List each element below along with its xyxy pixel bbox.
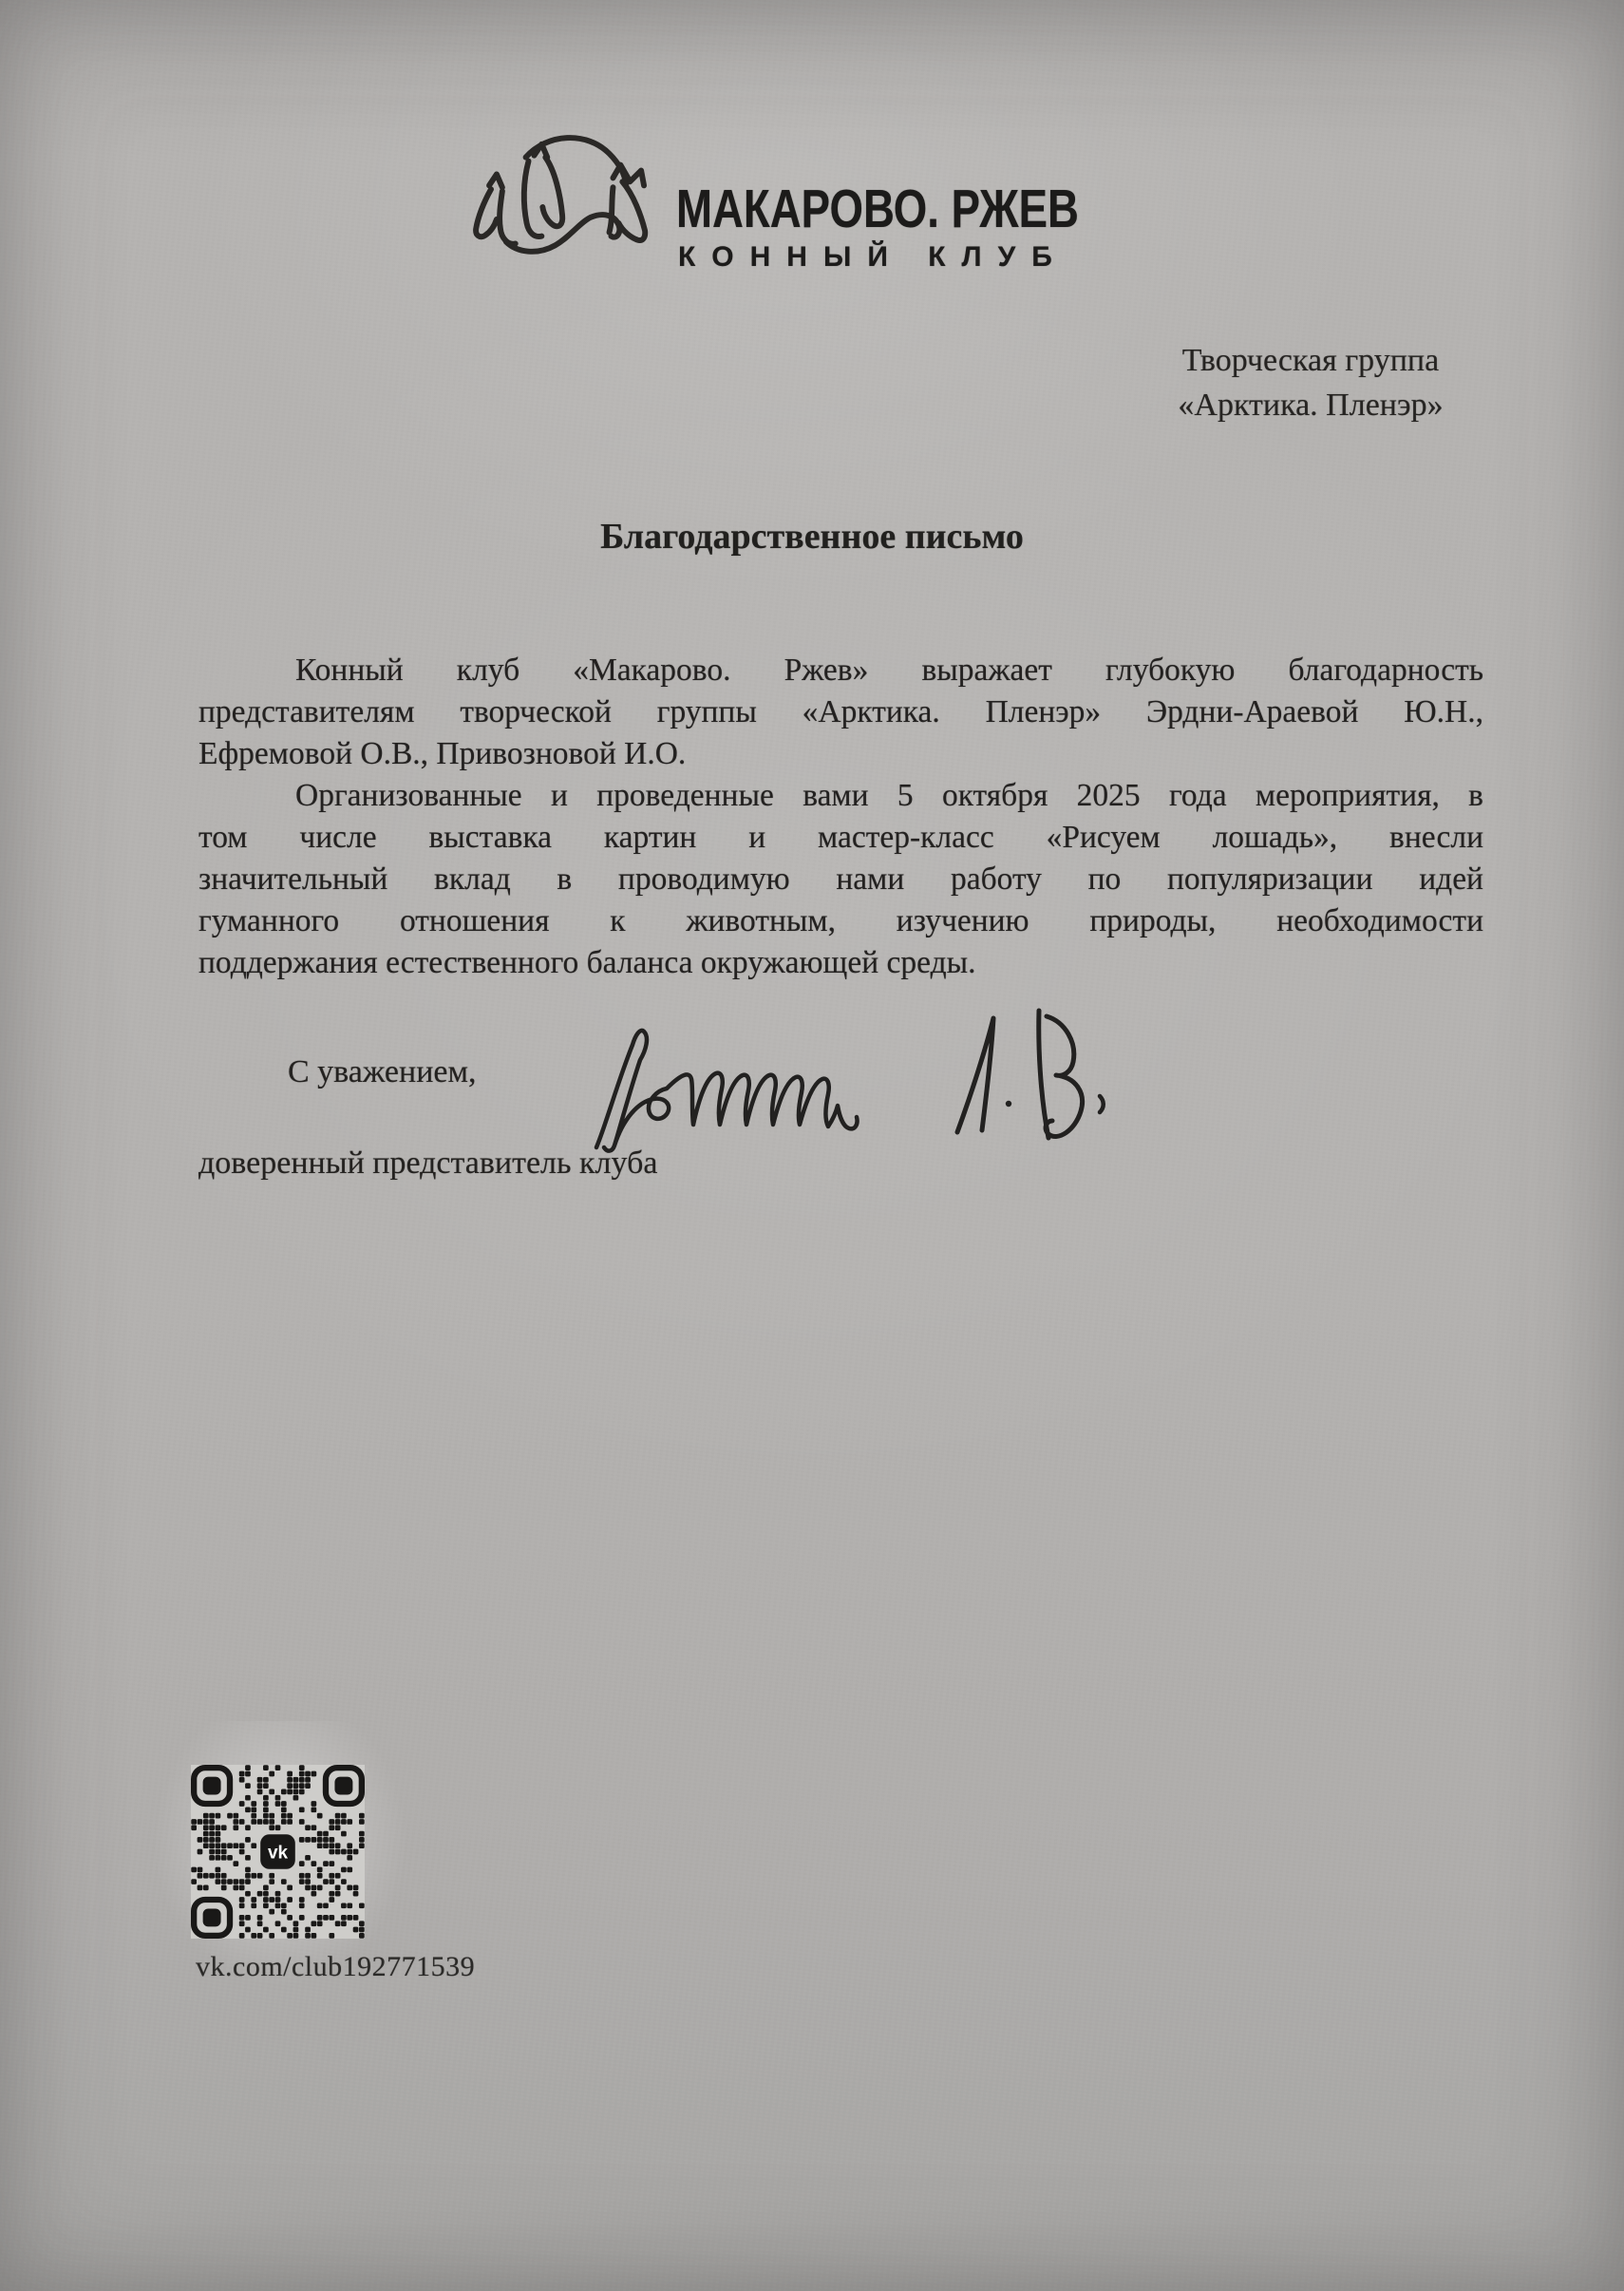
brand-subtitle: КОННЫЙ КЛУБ [678,241,1068,274]
recipient-block: Творческая группа «Арктика. Пленэр» [1092,338,1529,427]
letter-title: Благодарственное письмо [0,516,1624,558]
three-horses-icon [472,129,670,285]
handwritten-signature-icon [568,1003,1119,1166]
body-line: значительный вклад в проводимую нами раб… [198,859,1483,900]
letter-body: Конный клуб «Макарово. Ржев» выражает гл… [198,650,1483,984]
paragraph: Организованные и проведенные вами 5 октя… [198,775,1483,984]
qr-caption: vk.com/club192771539 [196,1951,475,1983]
vk-qr-code: vk [191,1765,365,1939]
recipient-line-2: «Арктика. Пленэр» [1092,383,1529,427]
salutation: С уважением, [288,1054,477,1090]
body-line: Ефремовой О.В., Привозновой И.О. [198,733,1483,775]
brand-name: МАКАРОВО. РЖЕВ [676,182,1079,237]
signer-role: доверенный представитель клуба [198,1145,657,1182]
body-line: представителям творческой группы «Арктик… [198,691,1483,733]
recipient-line-1: Творческая группа [1092,338,1529,383]
vk-logo-icon: vk [268,1843,289,1863]
body-line: Конный клуб «Макарово. Ржев» выражает гл… [198,650,1483,691]
paragraph: Конный клуб «Макарово. Ржев» выражает гл… [198,650,1483,775]
body-line: поддержания естественного баланса окружа… [198,942,1483,984]
body-line: Организованные и проведенные вами 5 октя… [198,775,1483,817]
scanned-letter-page: МАКАРОВО. РЖЕВ КОННЫЙ КЛУБ Творческая гр… [0,0,1624,2291]
body-line: гуманного отношения к животным, изучению… [198,900,1483,942]
body-line: том числе выставка картин и мастер-класс… [198,817,1483,859]
